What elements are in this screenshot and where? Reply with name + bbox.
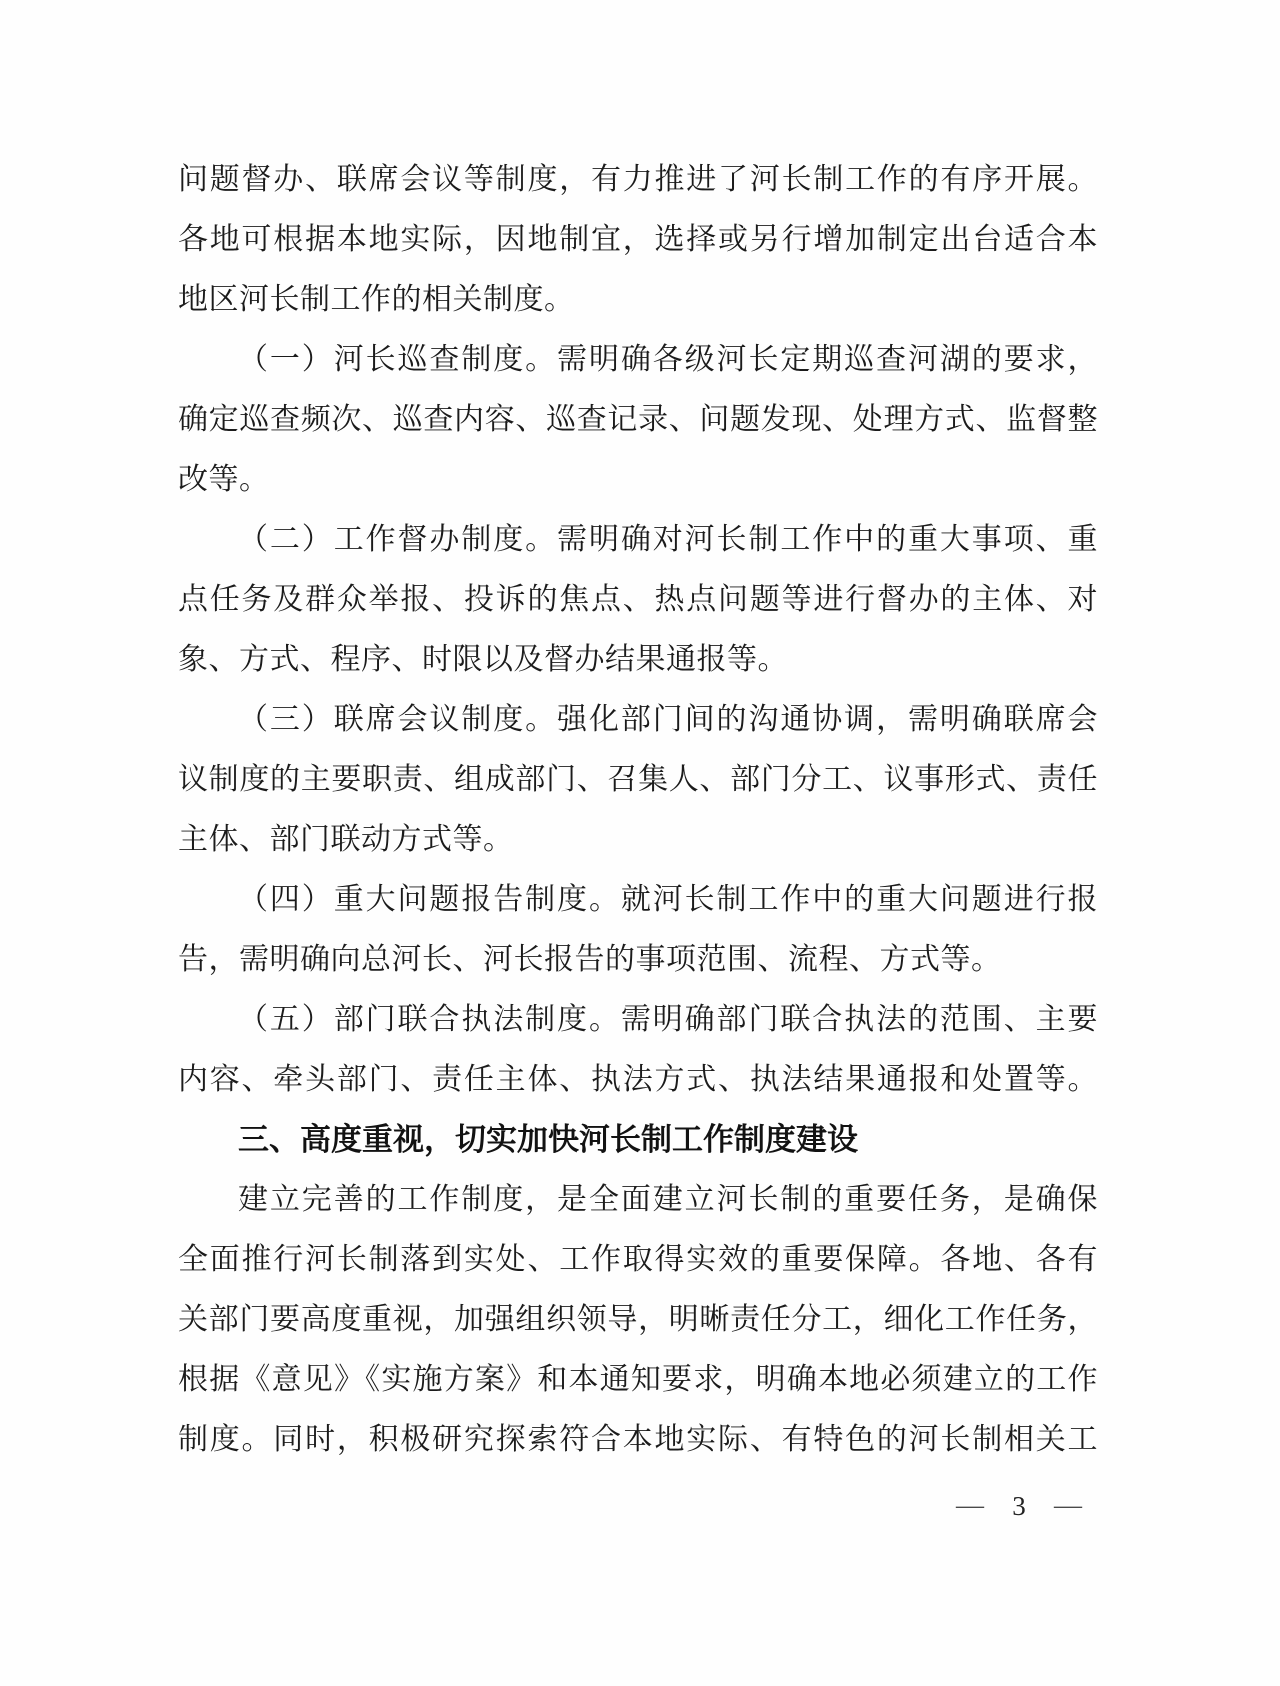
page-number: 3	[1012, 1488, 1026, 1524]
text-line-18: 建立完善的工作制度，是全面建立河长制的重要任务，是确保	[178, 1170, 1098, 1230]
text-line-21: 根据《意见》《实施方案》和本通知要求，明确本地必须建立的工作	[178, 1350, 1098, 1410]
text-line-7: （二）工作督办制度。需明确对河长制工作中的重大事项、重	[178, 510, 1098, 570]
text-line-3: 地区河长制工作的相关制度。	[178, 270, 1098, 330]
text-line-15: （五）部门联合执法制度。需明确部门联合执法的范围、主要	[178, 990, 1098, 1050]
text-line-13: （四）重大问题报告制度。就河长制工作中的重大问题进行报	[178, 870, 1098, 930]
text-line-1: 问题督办、联席会议等制度，有力推进了河长制工作的有序开展。	[178, 150, 1098, 210]
text-line-20: 关部门要高度重视，加强组织领导，明晰责任分工，细化工作任务，	[178, 1290, 1098, 1350]
text-line-14: 告，需明确向总河长、河长报告的事项范围、流程、方式等。	[178, 930, 1098, 990]
text-line-22: 制度。同时，积极研究探索符合本地实际、有特色的河长制相关工	[178, 1410, 1098, 1470]
text-line-4: （一）河长巡查制度。需明确各级河长定期巡查河湖的要求，	[178, 330, 1098, 390]
text-line-5: 确定巡查频次、巡查内容、巡查记录、问题发现、处理方式、监督整	[178, 390, 1098, 450]
text-line-19: 全面推行河长制落到实处、工作取得实效的重要保障。各地、各有	[178, 1230, 1098, 1290]
text-line-10: （三）联席会议制度。强化部门间的沟通协调，需明确联席会	[178, 690, 1098, 750]
text-line-8: 点任务及群众举报、投诉的焦点、热点问题等进行督办的主体、对	[178, 570, 1098, 630]
text-line-12: 主体、部门联动方式等。	[178, 810, 1098, 870]
text-line-17: 三、高度重视，切实加快河长制工作制度建设	[178, 1110, 1098, 1170]
document-page: 问题督办、联席会议等制度，有力推进了河长制工作的有序开展。各地可根据本地实际，因…	[0, 0, 1280, 1686]
footer-left-dash: —	[956, 1488, 984, 1524]
text-line-2: 各地可根据本地实际，因地制宜，选择或另行增加制定出台适合本	[178, 210, 1098, 270]
text-line-16: 内容、牵头部门、责任主体、执法方式、执法结果通报和处置等。	[178, 1050, 1098, 1110]
page-footer: — 3 —	[956, 1488, 1082, 1524]
text-line-6: 改等。	[178, 450, 1098, 510]
text-line-9: 象、方式、程序、时限以及督办结果通报等。	[178, 630, 1098, 690]
document-body: 问题督办、联席会议等制度，有力推进了河长制工作的有序开展。各地可根据本地实际，因…	[178, 150, 1098, 1470]
text-line-11: 议制度的主要职责、组成部门、召集人、部门分工、议事形式、责任	[178, 750, 1098, 810]
footer-right-dash: —	[1054, 1488, 1082, 1524]
